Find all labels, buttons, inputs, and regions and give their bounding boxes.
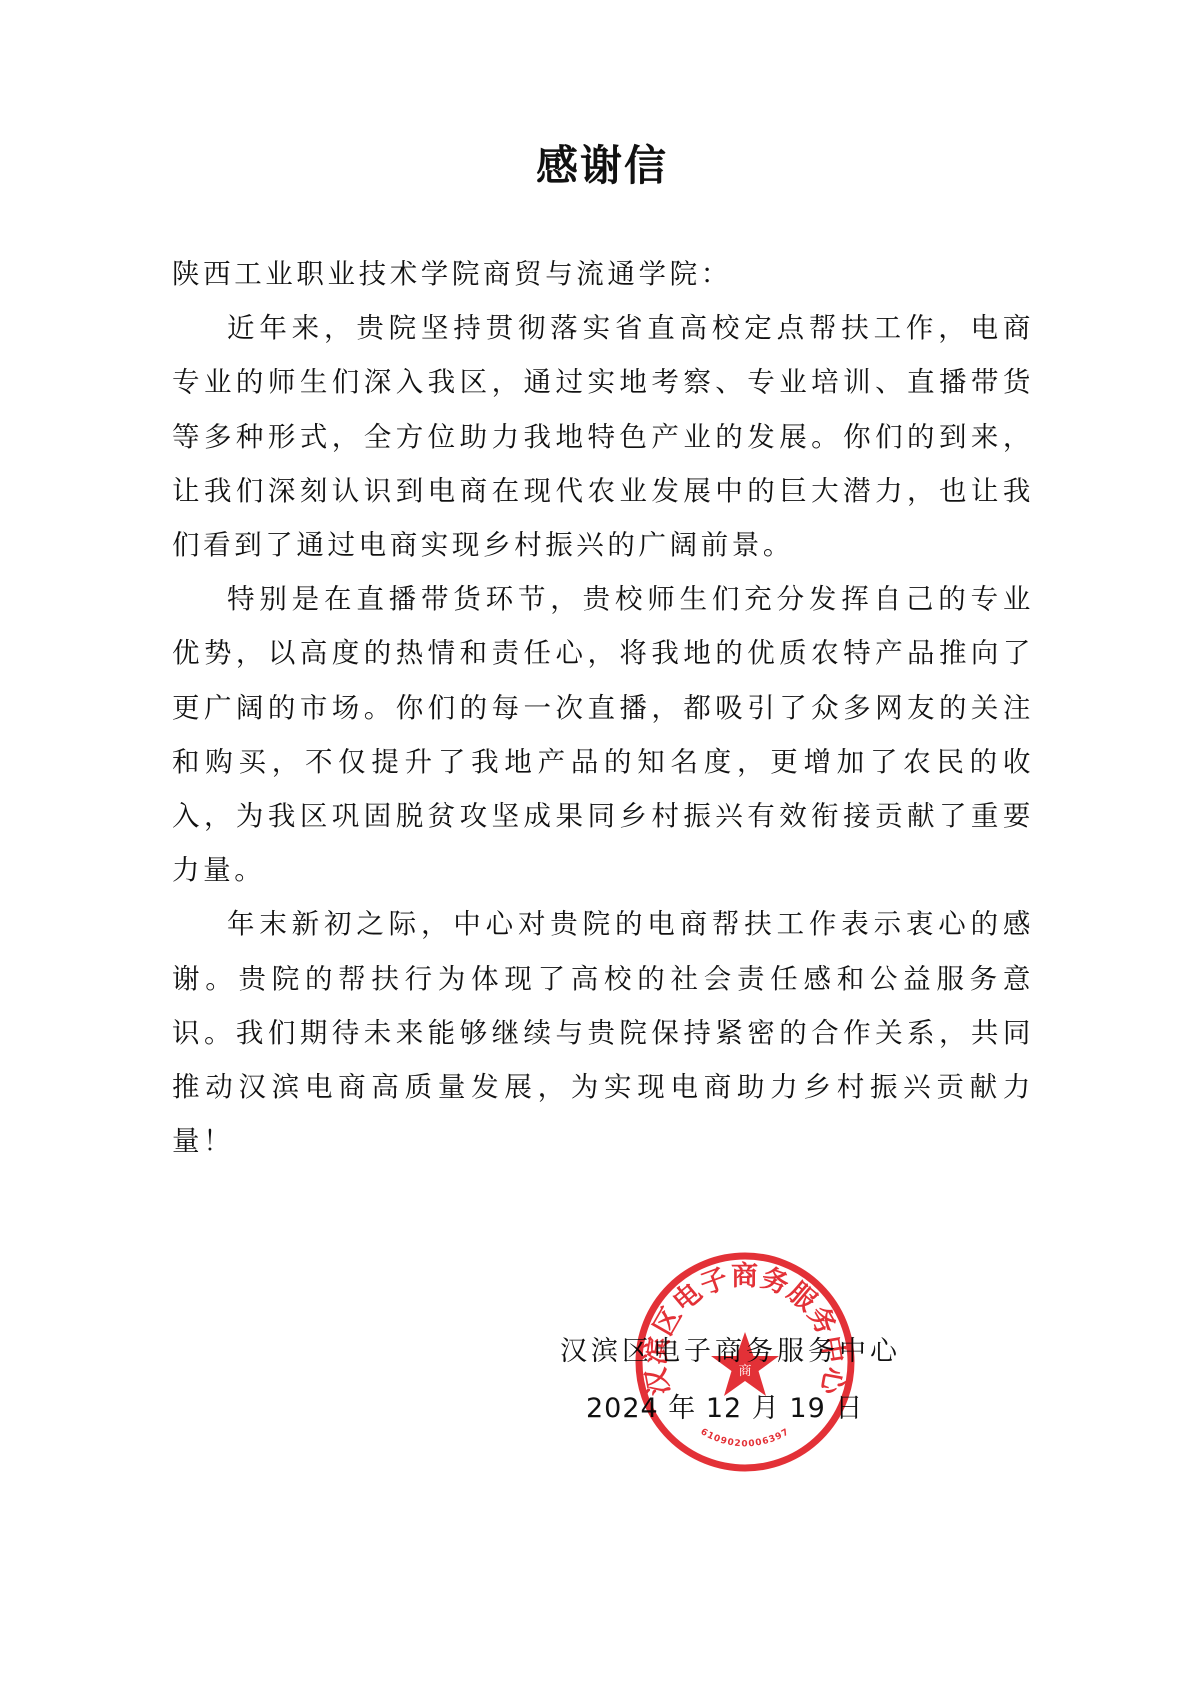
seal-serial-number: 6109020006397	[699, 1427, 792, 1449]
paragraph-3: 年末新初之际，中心对贵院的电商帮扶工作表示衷心的感谢。贵院的帮扶行为体现了高校的…	[172, 897, 1034, 1168]
official-seal: 汉滨区电子商务服务中心 商 6109020006397	[633, 1250, 857, 1474]
letter-title: 感谢信	[0, 140, 1204, 192]
letter-body: 陕西工业职业技术学院商贸与流通学院： 近年来，贵院坚持贯彻落实省直高校定点帮扶工…	[172, 247, 1034, 1168]
seal-center-text: 商	[738, 1363, 751, 1379]
paragraph-1: 近年来，贵院坚持贯彻落实省直高校定点帮扶工作，电商专业的师生们深入我区，通过实地…	[172, 301, 1034, 572]
paragraph-2: 特别是在直播带货环节，贵校师生们充分发挥自己的专业优势，以高度的热情和责任心，将…	[172, 572, 1034, 897]
seal-graphic: 汉滨区电子商务服务中心 商 6109020006397	[633, 1250, 857, 1474]
letter-page: 感谢信 陕西工业职业技术学院商贸与流通学院： 近年来，贵院坚持贯彻落实省直高校定…	[0, 0, 1204, 1703]
salutation: 陕西工业职业技术学院商贸与流通学院：	[172, 247, 1034, 301]
